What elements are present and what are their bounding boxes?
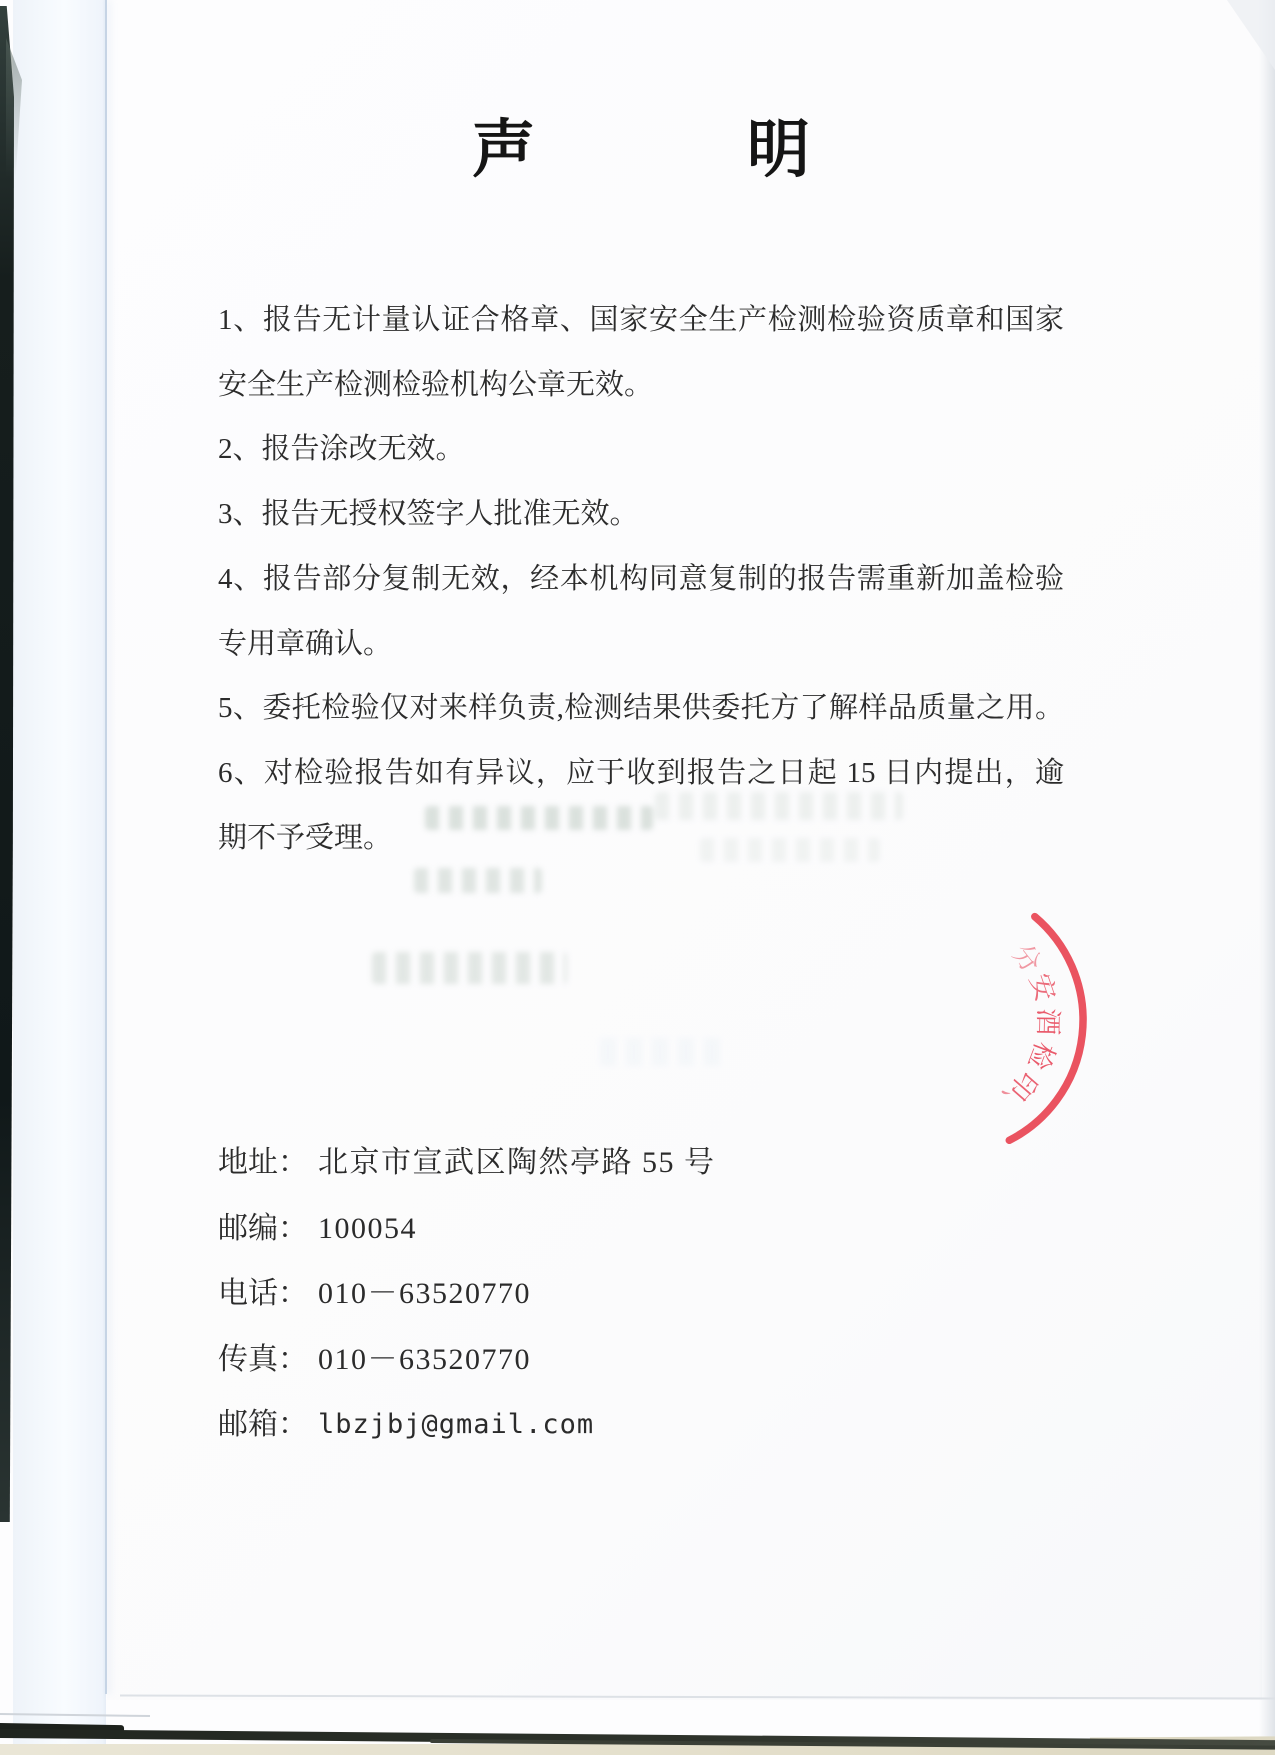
contact-label: 邮箱： (218, 1392, 308, 1458)
contact-label: 电话： (218, 1261, 308, 1327)
title-char: 明 (747, 110, 810, 190)
contact-row-address: 地址： 北京市宣武区陶然亭路 55 号 (218, 1130, 918, 1196)
stamp-glyph: 检 (1022, 1038, 1060, 1074)
contact-value: 北京市宣武区陶然亭路 55 号 (318, 1130, 716, 1196)
contact-value: 010－63520770 (318, 1327, 531, 1393)
stamp-glyph: 分 (1007, 939, 1047, 979)
statement-line: 2、报告涂改无效。 (218, 417, 1064, 482)
contact-label: 传真： (218, 1327, 308, 1393)
statement-line: 安全生产检测检验机构公章无效。 (218, 353, 1064, 418)
scan-dark-edge-left (0, 6, 14, 1522)
statement-line: 3、报告无授权签字人批准无效。 (218, 482, 1064, 547)
bleed-through-artifact (425, 806, 653, 830)
contact-value: 100054 (318, 1196, 417, 1262)
bleed-through-artifact (372, 952, 567, 984)
statement-body: 1、报告无计量认证合格章、国家安全生产检测检验资质章和国家 安全生产检测检验机构… (218, 288, 1064, 870)
title-char: 声 (472, 110, 535, 190)
contact-value: 010－63520770 (318, 1261, 531, 1327)
stamp-glyph: 酒 (1033, 1008, 1063, 1036)
contact-row-phone: 电话： 010－63520770 (218, 1261, 918, 1327)
contact-value: lbzjbj@gmail.com (318, 1392, 594, 1458)
page-left-margin (13, 0, 106, 1755)
scanned-page: 声 明 1、报告无计量认证合格章、国家安全生产检测检验资质章和国家 安全生产检测… (0, 0, 1275, 1755)
contact-block: 地址： 北京市宣武区陶然亭路 55 号 邮编： 100054 电话： 010－6… (218, 1130, 918, 1458)
statement-line: 6、对检验报告如有异议，应于收到报告之日起 15 日内提出，逾 (218, 741, 1064, 806)
bleed-through-artifact (655, 792, 903, 820)
page-title: 声 明 (218, 110, 1064, 190)
statement-line: 专用章确认。 (218, 612, 1064, 677)
contact-row-postcode: 邮编： 100054 (218, 1196, 918, 1262)
red-seal-stamp: 分 安 酒 检 印 、 (850, 848, 1100, 1178)
statement-line: 1、报告无计量认证合格章、国家安全生产检测检验资质章和国家 (218, 288, 1064, 353)
page-crease-line (105, 0, 107, 1694)
contact-row-email: 邮箱： lbzjbj@gmail.com (218, 1392, 918, 1458)
contact-row-fax: 传真： 010－63520770 (218, 1327, 918, 1393)
statement-line: 5、委托检验仅对来样负责,检测结果供委托方了解样品质量之用。 (218, 676, 1064, 741)
scan-right-edge-shadow (1259, 0, 1275, 1755)
contact-label: 地址： (218, 1130, 308, 1196)
bleed-through-artifact (414, 868, 542, 893)
statement-line: 4、报告部分复制无效，经本机构同意复制的报告需重新加盖检验 (218, 547, 1064, 612)
bleed-through-artifact (600, 1038, 725, 1066)
contact-label: 邮编： (218, 1196, 308, 1262)
stamp-glyph: 安 (1024, 970, 1061, 1005)
